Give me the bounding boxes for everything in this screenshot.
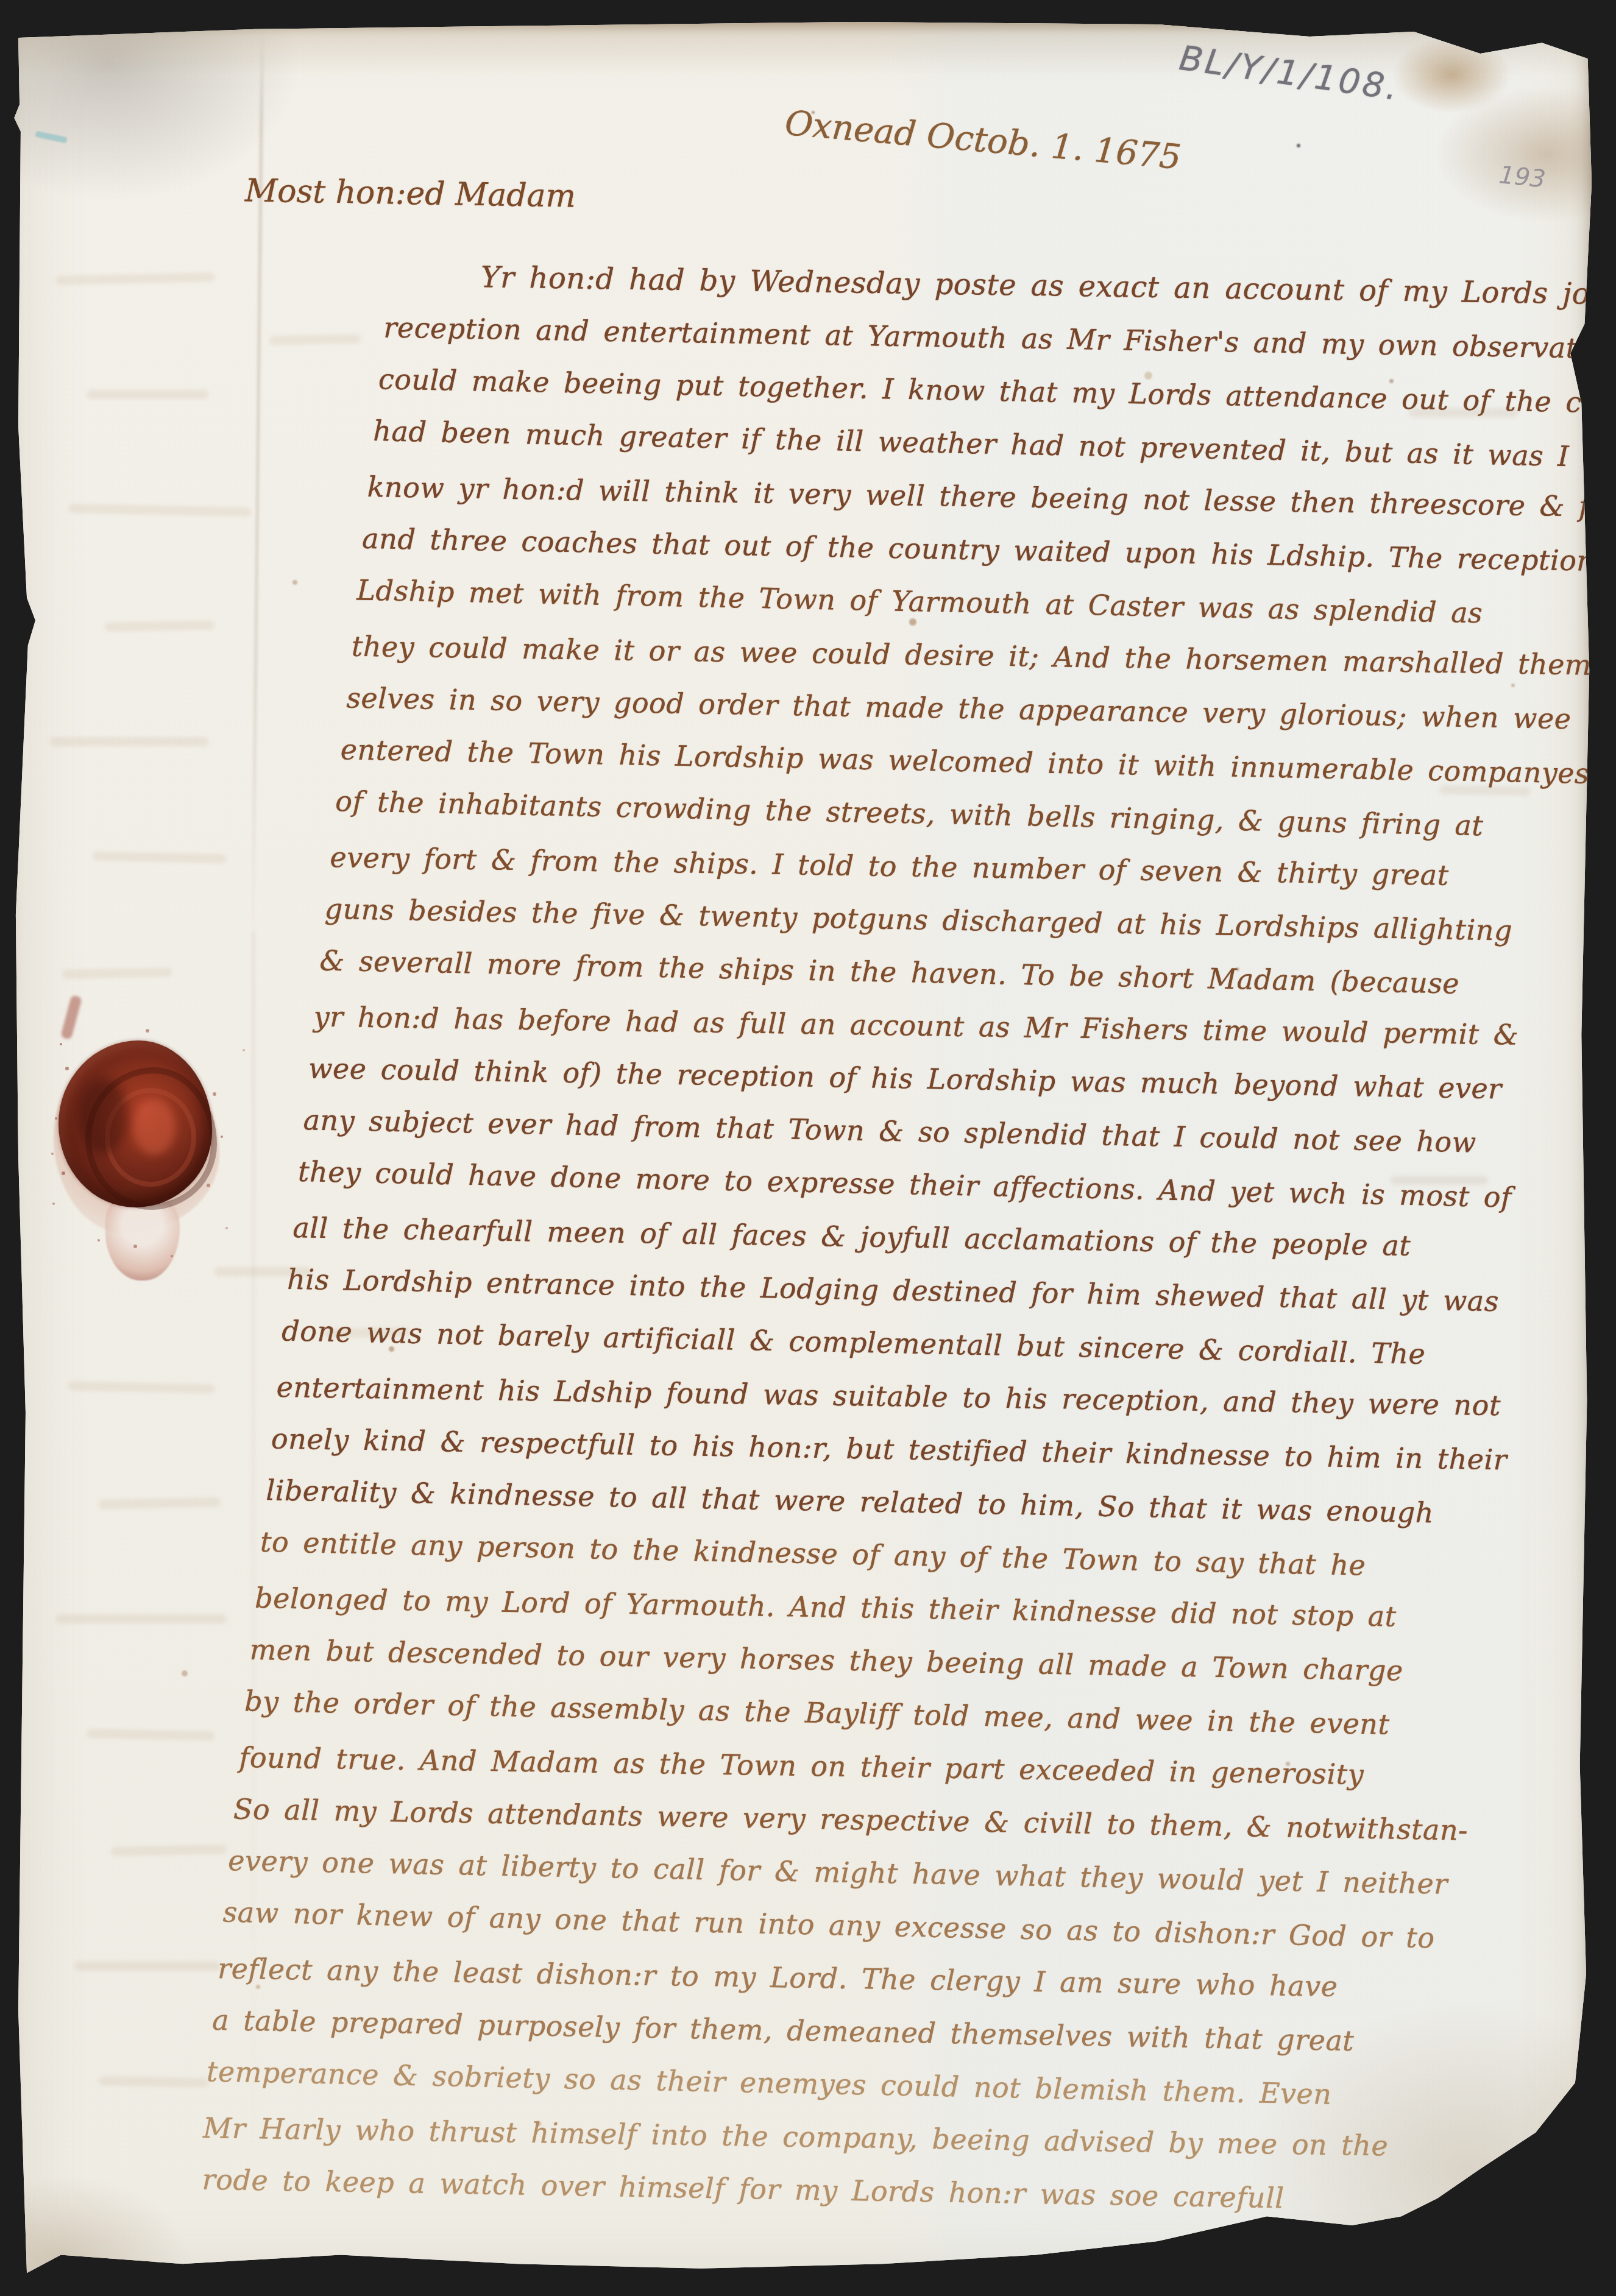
wax-speckles <box>60 1043 62 1045</box>
seal-shadow <box>78 1078 128 1154</box>
foxing-spot <box>1236 967 1239 971</box>
paper-edge-fragment <box>35 131 68 144</box>
ghost-writing-streak <box>1391 1176 1488 1185</box>
ghost-writing-streak <box>68 504 251 517</box>
foxing-spot <box>536 2121 541 2126</box>
foxing-spot <box>909 618 916 626</box>
red-wax-seal <box>48 1031 230 1293</box>
ghost-writing-streak <box>214 1267 312 1276</box>
ghost-writing-streak <box>56 272 214 284</box>
foxing-spot <box>812 111 815 114</box>
seal-highlight <box>133 1099 175 1155</box>
ghost-writing-streak <box>87 390 208 399</box>
dateline: Oxnead Octob. 1. 1675 <box>783 104 1183 178</box>
letter-body: Yr hon:d had by Wednesday poste as exact… <box>202 245 1578 2230</box>
ghost-writing-streak <box>50 737 208 746</box>
ghost-writing-streak <box>87 1729 214 1740</box>
pencil-shelfmark: BL/Y/1/108. <box>1177 38 1402 108</box>
ghost-writing-streak <box>99 1497 221 1509</box>
foxing-spot <box>1389 379 1394 383</box>
ghost-writing-streak <box>74 1962 221 1971</box>
wax-smudge <box>60 995 82 1040</box>
folio-number: 193 <box>1498 161 1547 194</box>
foxing-spot <box>1144 372 1152 380</box>
ghost-writing-streak <box>1409 408 1519 417</box>
wax-seal-impression <box>58 1040 212 1207</box>
foxing-spot <box>182 1670 188 1676</box>
letter-page: BL/Y/1/108. 193 Oxnead Octob. 1. 1675 Mo… <box>13 18 1594 2282</box>
foxing-spot <box>256 1985 260 1989</box>
ghost-writing-streak <box>68 1381 214 1393</box>
foxing-spot <box>1297 144 1300 147</box>
ghost-writing-streak <box>62 967 172 979</box>
ghost-writing-streak <box>56 1614 227 1623</box>
ghost-writing-streak <box>269 334 361 345</box>
ghost-writing-streak <box>93 852 227 864</box>
ghost-writing-streak <box>105 620 214 632</box>
ghost-writing-streak <box>324 1327 409 1338</box>
foxing-spot <box>1286 1762 1290 1766</box>
photograph-background: BL/Y/1/108. 193 Oxnead Octob. 1. 1675 Mo… <box>0 0 1616 2296</box>
foxing-spot <box>389 1346 394 1352</box>
foxing-spot <box>292 580 297 585</box>
foxing-spot <box>1511 684 1515 687</box>
ghost-writing-streak <box>1439 785 1531 796</box>
salutation: Most hon:ed Madam <box>245 172 576 214</box>
ghost-writing-streak <box>99 2076 208 2088</box>
